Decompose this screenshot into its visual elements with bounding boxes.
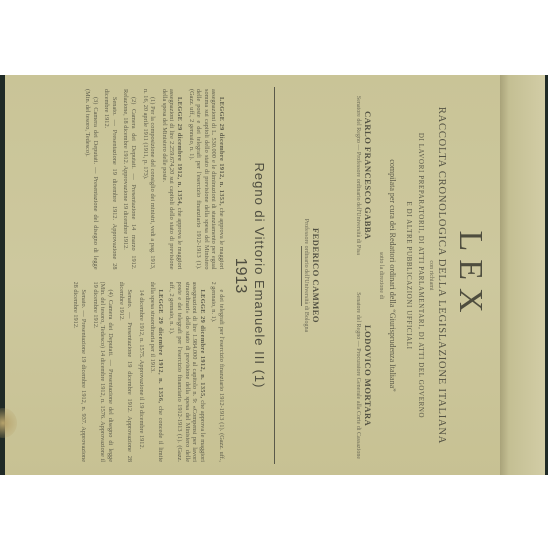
footnote-text: 14 dicembre 1912, n. 1575. Approvazione … bbox=[138, 290, 145, 450]
footnote: Senato. — Presentazione 19 dicembre 1912… bbox=[72, 282, 87, 463]
editor: CARLO FRANCESCO GABBA Senatore del Regno… bbox=[355, 83, 373, 268]
editor-role: Senatore del Regno — Professore ordinari… bbox=[355, 83, 361, 268]
editor-name: FEDERICO CAMMEO bbox=[311, 183, 321, 368]
editor: FEDERICO CAMMEO Professore ordinario del… bbox=[303, 183, 321, 368]
paragraph: e dei telegrafi per l'esercizio finanzia… bbox=[210, 282, 225, 463]
folded-page-edge bbox=[500, 75, 545, 475]
paragraph: LEGGE 29 dicembre 1912, n. 1354, che app… bbox=[160, 89, 183, 270]
editor-name: LODOVICO MORTARA bbox=[363, 283, 373, 468]
editor-role: Professore ordinario dell'Università di … bbox=[303, 183, 309, 368]
text-columns: LEGGE 29 dicembre 1912, n. 1353, che app… bbox=[17, 89, 225, 462]
law-heading: LEGGE 29 dicembre 1912, n. 1354, bbox=[176, 97, 183, 206]
editor-name: CARLO FRANCESCO GABBA bbox=[363, 83, 373, 268]
subtitle: RACCOLTA CRONOLOGICA DELLA LEGISLAZIONE … bbox=[436, 83, 447, 468]
compiled-by: compilata per cura dei Redattori ordinar… bbox=[388, 83, 397, 468]
footnote: (2) Camera dei Deputati. — Presentazione… bbox=[122, 89, 137, 270]
editor-role: Senatore del Regno — Procuratore General… bbox=[355, 283, 361, 468]
description-line-a: DI LAVORI PREPARATORII, DI ATTI PARLAMEN… bbox=[417, 83, 425, 468]
title: LEX bbox=[451, 83, 489, 468]
footnote-text: (3) Camera dei Deputati. — Presentazione… bbox=[84, 89, 99, 270]
footnote: (3) Camera dei Deputati. — Presentazione… bbox=[84, 89, 99, 270]
description-line-b: E DI ALTRE PUBBLICAZIONI UFFICIALI bbox=[405, 83, 413, 468]
with-line: con richiami bbox=[428, 83, 434, 468]
footnote: (1) Per la composizione del consiglio de… bbox=[141, 89, 156, 270]
footnote-text: (4) Camera dei Deputati. — Presentazione… bbox=[92, 282, 114, 463]
footnote: Senato. — Presentazione 19 dicembre 1912… bbox=[103, 89, 118, 270]
footnote: 14 dicembre 1912, n. 1575. Approvazione … bbox=[137, 282, 145, 463]
ornament-divider bbox=[301, 246, 302, 306]
footnote-text: Senato. — Presentazione 19 dicembre 1912… bbox=[73, 282, 88, 463]
law-text: e dei telegrafi per l'esercizio finanzia… bbox=[210, 282, 225, 463]
reign-heading: Regno di Vittorio Emanuele III (1) bbox=[252, 83, 267, 468]
paper-stain bbox=[0, 408, 17, 438]
direction-line: sotto la direzione di bbox=[378, 83, 384, 468]
law-heading: LEGGE 29 dicembre 1912, n. 1356, bbox=[157, 290, 164, 404]
text-column-right: e dei telegrafi per l'esercizio finanzia… bbox=[17, 282, 225, 463]
footnote: (4) Camera dei Deputati. — Presentazione… bbox=[91, 282, 114, 463]
footnote-text: (1) Per la composizione del consiglio de… bbox=[142, 89, 157, 270]
footnote-text: Senato. — Presentazione 19 dicembre 1912… bbox=[118, 282, 133, 463]
text-column-left: LEGGE 29 dicembre 1912, n. 1353, che app… bbox=[17, 89, 225, 270]
book-page: LEX RACCOLTA CRONOLOGICA DELLA LEGISLAZI… bbox=[5, 75, 545, 475]
law-heading: LEGGE 29 dicembre 1912, n. 1355, bbox=[199, 290, 206, 399]
paragraph: LEGGE 29 dicembre 1912, n. 1356, che con… bbox=[149, 282, 164, 463]
paragraph: LEGGE 29 dicembre 1912, n. 1353, che app… bbox=[187, 89, 225, 270]
footnote: Senato. — Presentazione 19 dicembre 1912… bbox=[118, 282, 133, 463]
book-page-photo: LEX RACCOLTA CRONOLOGICA DELLA LEGISLAZI… bbox=[0, 75, 548, 475]
footnote-text: (2) Camera dei Deputati. — Presentazione… bbox=[122, 89, 137, 270]
page-content: LEX RACCOLTA CRONOLOGICA DELLA LEGISLAZI… bbox=[9, 83, 497, 468]
year-heading: 1913 bbox=[231, 83, 249, 468]
footnote-text: Senato. — Presentazione 19 dicembre 1912… bbox=[103, 89, 118, 270]
law-heading: LEGGE 29 dicembre 1912, n. 1353, bbox=[218, 97, 225, 206]
horizontal-rule bbox=[274, 87, 275, 464]
editor: LODOVICO MORTARA Senatore del Regno — Pr… bbox=[355, 283, 373, 468]
paragraph: LEGGE 29 dicembre 1912, n. 1355, che app… bbox=[168, 282, 206, 463]
